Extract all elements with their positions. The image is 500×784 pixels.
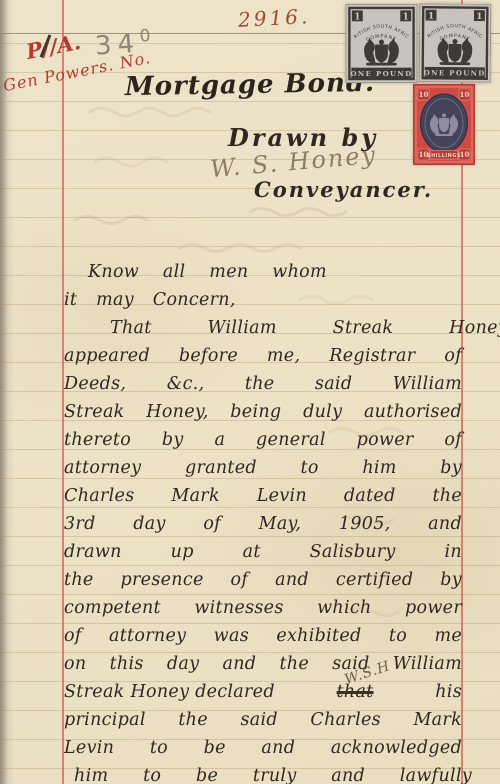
correction-before-text: Streak Honey declared bbox=[64, 682, 275, 702]
svg-text:1: 1 bbox=[403, 12, 409, 22]
handwritten-line: the presence of and certified by bbox=[64, 570, 462, 590]
handwritten-line: Deeds, &c., the said William bbox=[64, 374, 462, 394]
document-page: 2916. P//A. Gen Powers. No. 340 1 1 BRIT… bbox=[0, 0, 500, 784]
svg-text:10: 10 bbox=[460, 90, 470, 99]
correction-after-text: his bbox=[435, 682, 462, 702]
docket-number: 2916. bbox=[237, 4, 310, 32]
document-title: Mortgage Bond. bbox=[125, 68, 376, 102]
handwritten-line: thereto by a general power of bbox=[64, 430, 462, 450]
svg-text:1: 1 bbox=[428, 12, 434, 22]
handwritten-line: on this day and the said William bbox=[64, 654, 462, 674]
coat-of-arms bbox=[437, 37, 472, 65]
corner-denomination: 10 bbox=[419, 90, 429, 99]
handwritten-line-with-correction: Streak Honey declared that his W.S.H bbox=[64, 682, 462, 702]
handwritten-line: Streak Honey, being duly authorised bbox=[64, 402, 462, 422]
handwritten-line: appeared before me, Registrar of bbox=[64, 346, 462, 366]
handwritten-line: drawn up at Salisbury in bbox=[64, 542, 476, 562]
corner-denomination: 1 bbox=[354, 12, 360, 22]
stamp-denomination-label: ONE POUND bbox=[424, 69, 486, 78]
handwritten-line: him to be truly and lawfully bbox=[64, 766, 500, 784]
svg-text:10: 10 bbox=[460, 150, 470, 159]
stamp-denomination-label: SHILLINGS bbox=[427, 153, 461, 159]
handwritten-line: competent witnesses which power bbox=[64, 598, 462, 618]
conveyancer-role: Conveyancer. bbox=[254, 177, 433, 202]
handwritten-line: principal the said Charles Mark bbox=[64, 710, 462, 730]
one-pound-stamp-left: 1 1 BRITISH SOUTH AFRICA COMPANY ONE POU… bbox=[345, 4, 418, 83]
stamp-denomination-label: ONE POUND bbox=[351, 70, 413, 78]
handwritten-line: Know all men whom bbox=[64, 262, 486, 282]
handwritten-line: attorney granted to him by bbox=[64, 458, 472, 478]
handwritten-line: it may Concern, bbox=[64, 290, 462, 310]
handwritten-line: That William Streak Honey bbox=[64, 318, 500, 338]
pencil-filing-number: 340 bbox=[94, 26, 152, 61]
one-pound-stamp-right: 1 1 BRITISH SOUTH AFRICA COMPANY ONE POU… bbox=[419, 3, 492, 84]
svg-text:1: 1 bbox=[476, 12, 482, 22]
pencil-number-main: 34 bbox=[94, 28, 141, 61]
pencil-number-superscript: 0 bbox=[139, 26, 151, 47]
handwritten-line: of attorney was exhibited to me bbox=[64, 626, 462, 646]
coat-of-arms bbox=[364, 38, 399, 66]
handwritten-line: Levin to be and acknowledged bbox=[64, 738, 492, 758]
ten-shilling-stamp: 10 10 10 10 SHILLINGS bbox=[413, 84, 475, 165]
handwritten-line: Charles Mark Levin dated the bbox=[64, 486, 462, 506]
handwritten-line: 3rd day of May, 1905, and bbox=[64, 514, 482, 534]
